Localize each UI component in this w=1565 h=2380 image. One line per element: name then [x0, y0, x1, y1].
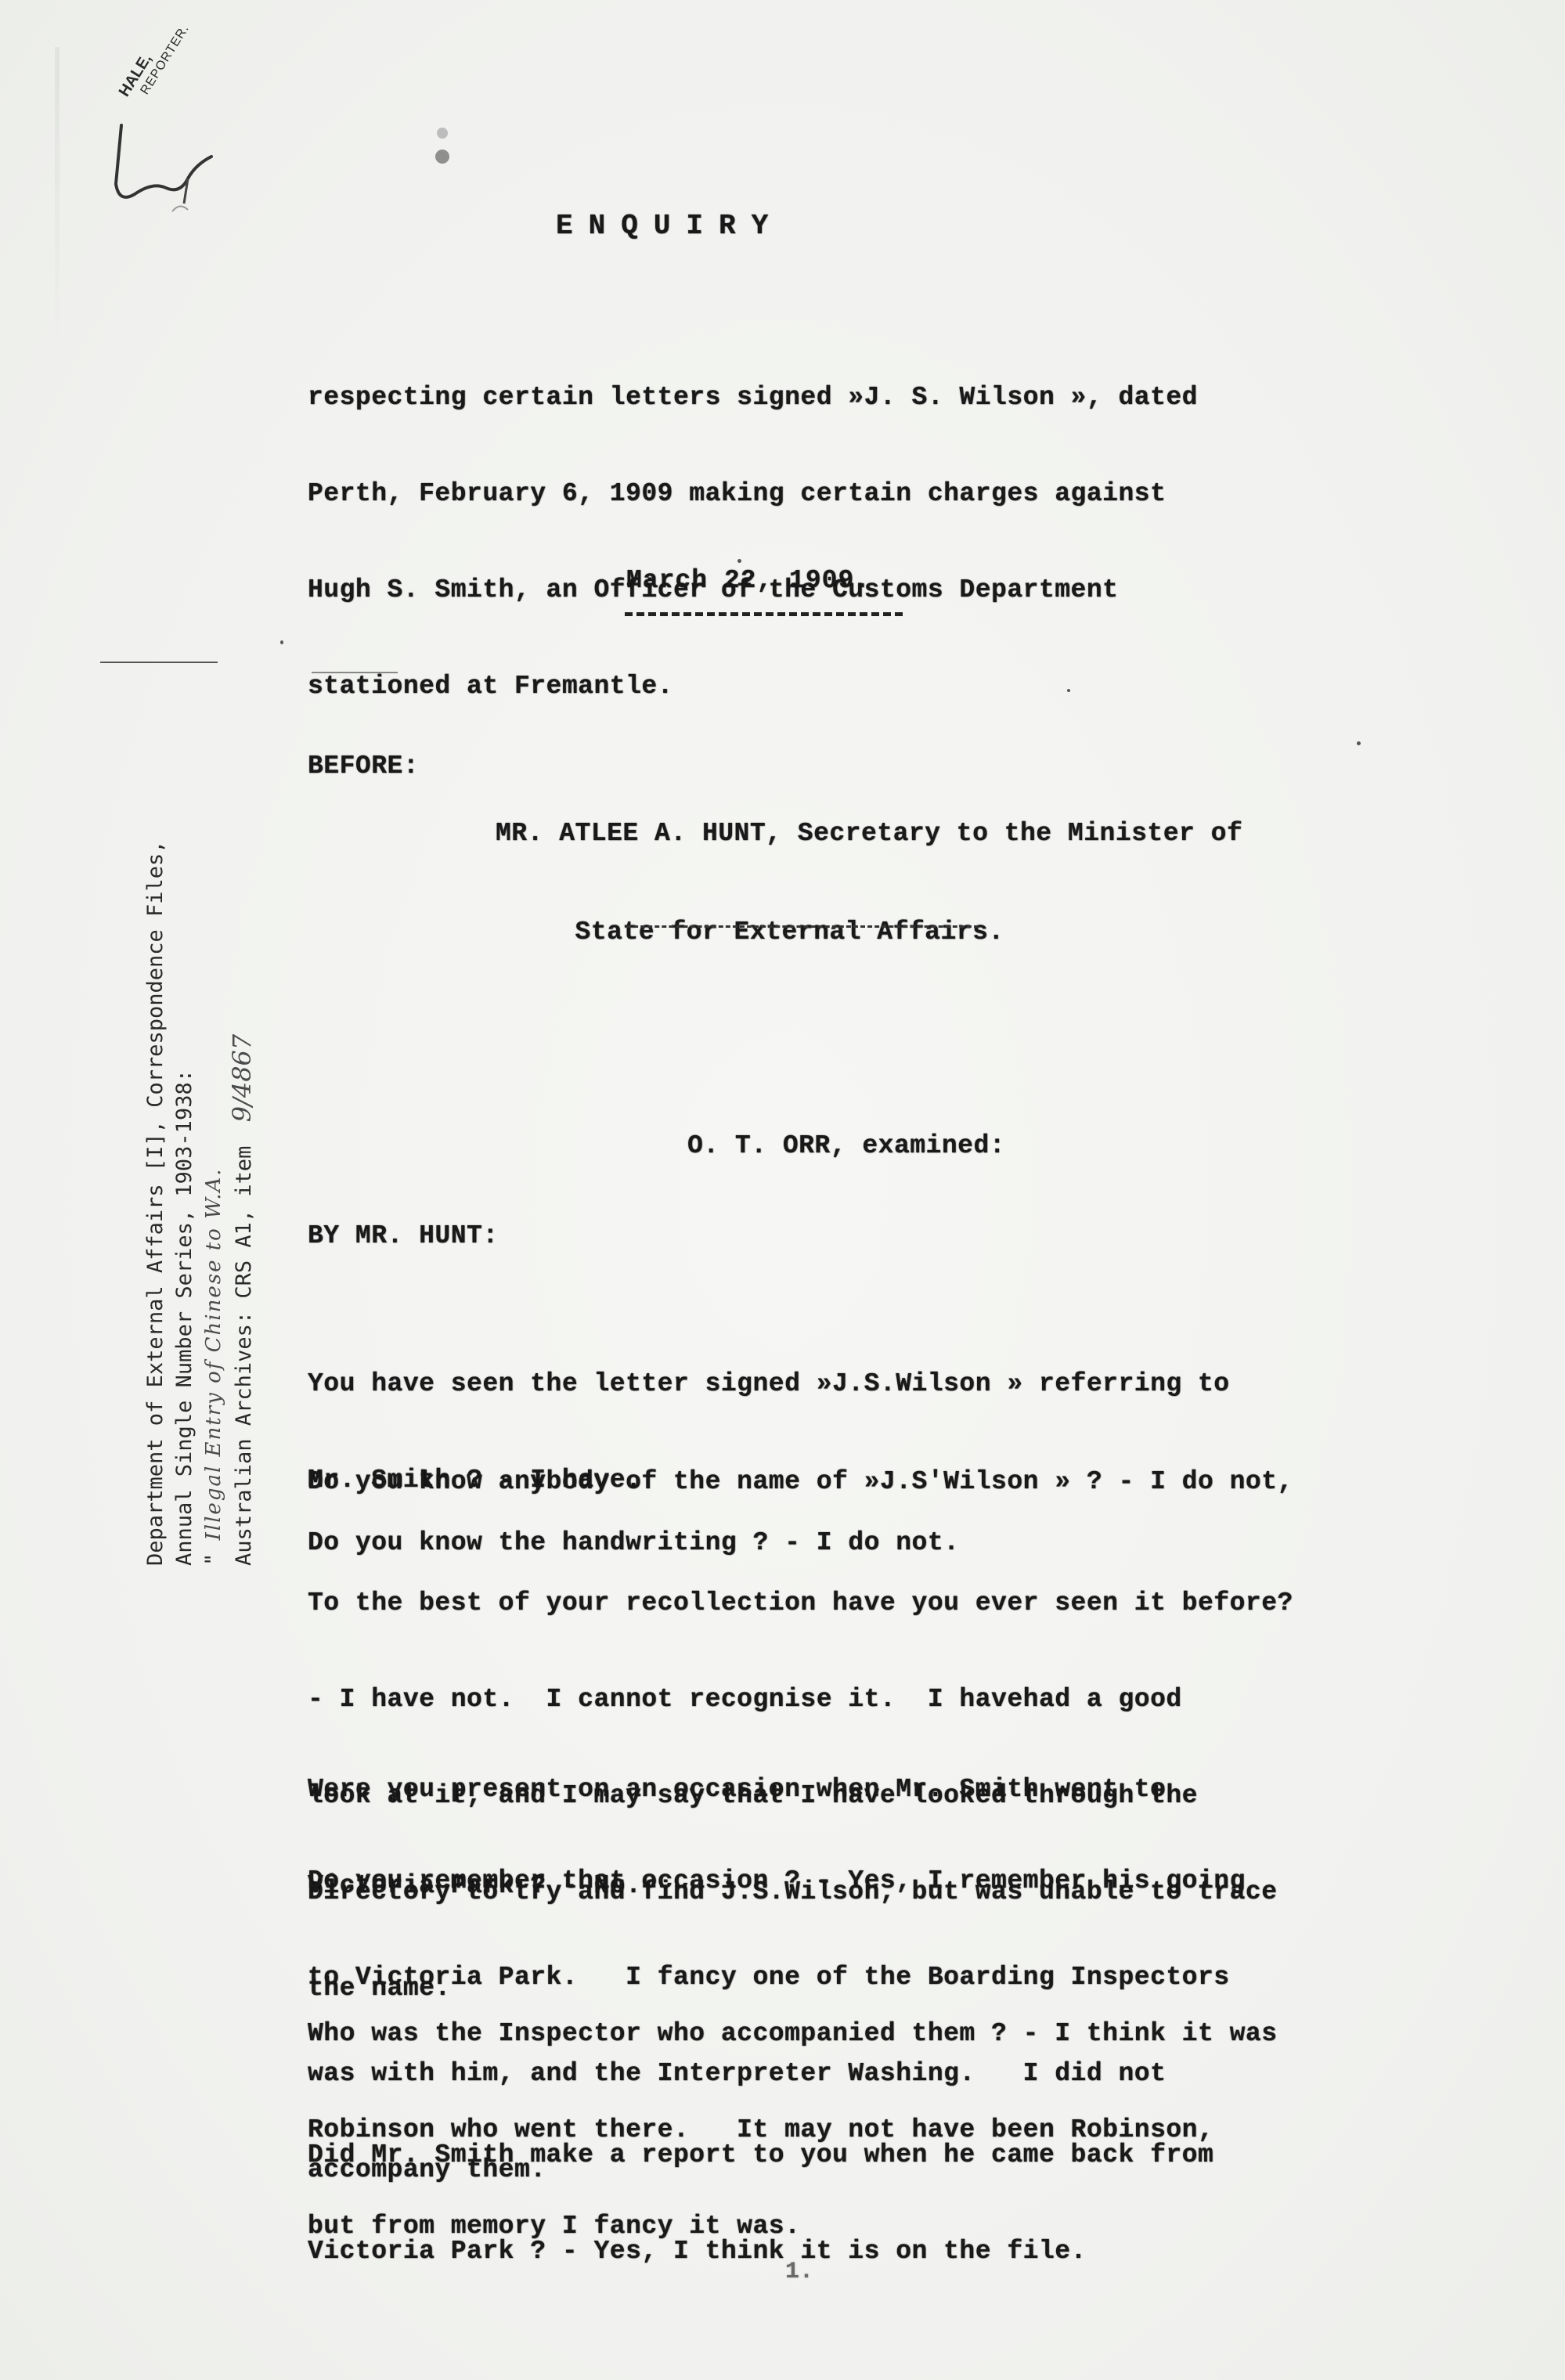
examiner-label: BY MR. HUNT:	[308, 1221, 499, 1250]
before-text: MR. ATLEE A. HUNT, Secretary to the Mini…	[496, 752, 1242, 1015]
section-separator	[626, 925, 979, 928]
handwritten-item-number: 9/4867	[227, 1034, 257, 1123]
archival-reference-note: Department of External Affairs [I], Corr…	[141, 642, 257, 1566]
qa-line: Victoria Park ? - Yes, I think it is on …	[308, 2235, 1482, 2267]
document-page: HALE, REPORTER. ENQUIRY respecting certa…	[0, 0, 1565, 2380]
qa-line: Who was the Inspector who accompanied th…	[308, 2018, 1482, 2050]
intro-line: Perth, February 6, 1909 making certain c…	[308, 478, 1404, 510]
page-number: 1.	[785, 2259, 813, 2285]
qa-line: Do you remember that occasion ? - Yes, I…	[308, 1865, 1482, 1897]
qa-line: To the best of your recollection have yo…	[308, 1587, 1482, 1619]
qa-block: Did Mr. Smith make a report to you when …	[308, 2075, 1482, 2331]
before-label: BEFORE:	[308, 752, 419, 781]
handwritten-file-title: Illegal Entry of Chinese to W.A.	[202, 1167, 225, 1540]
reporter-stamp: HALE, REPORTER.	[116, 13, 194, 109]
ink-speck	[737, 559, 741, 563]
intro-line: stationed at Fremantle.	[308, 670, 1404, 702]
ink-speck	[280, 640, 283, 644]
witness-heading: O. T. ORR, examined:	[687, 1131, 1005, 1160]
qa-line: Did Mr. Smith make a report to you when …	[308, 2139, 1482, 2171]
date-underline	[625, 612, 903, 616]
qa-line: You have seen the letter signed »J.S.Wil…	[308, 1368, 1482, 1400]
archival-line-2: Annual Single Number Series, 1903-1938:	[170, 642, 199, 1566]
archival-quote-mark: "	[201, 1553, 225, 1566]
intro-line: respecting certain letters signed »J. S.…	[308, 381, 1404, 413]
archival-line-3: " Illegal Entry of Chinese to W.A.	[199, 642, 228, 1566]
punch-hole-mark-icon	[431, 121, 454, 176]
ink-speck	[1067, 689, 1070, 692]
scan-edge-shadow	[55, 47, 59, 360]
before-line: State for External Affairs.	[496, 916, 1242, 949]
signature-scribble-icon	[110, 110, 235, 219]
before-line: MR. ATLEE A. HUNT, Secretary to the Mini…	[496, 817, 1242, 850]
archival-line-4: Australian Archives: CRS A1, item 9/4867	[228, 642, 257, 1566]
faint-rule	[312, 672, 398, 673]
document-title: ENQUIRY	[556, 210, 784, 242]
archival-citation: Australian Archives: CRS A1, item	[232, 1146, 256, 1566]
archival-line-1: Department of External Affairs [I], Corr…	[141, 642, 170, 1566]
document-date: March 22, 1909.	[626, 566, 871, 595]
ink-speck	[1357, 741, 1361, 745]
intro-paragraph: respecting certain letters signed »J. S.…	[308, 317, 1404, 766]
